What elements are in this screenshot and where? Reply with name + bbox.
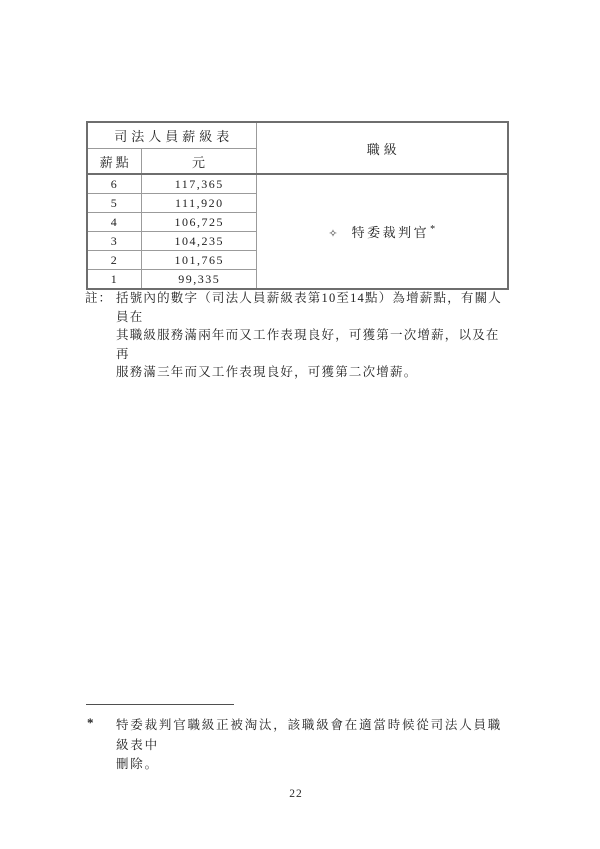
salary-cell: 106,725 bbox=[141, 213, 256, 232]
footnote-line: 刪除。 bbox=[116, 755, 511, 775]
column-header-pay-point: 薪點 bbox=[87, 149, 141, 175]
salary-cell: 99,335 bbox=[141, 270, 256, 290]
salary-cell: 101,765 bbox=[141, 251, 256, 270]
note-line: 服務滿三年而又工作表現良好，可獲第二次增薪。 bbox=[116, 363, 511, 382]
salary-cell: 111,920 bbox=[141, 194, 256, 213]
note-line: 其職級服務滿兩年而又工作表現良好，可獲第一次增薪，以及在再 bbox=[116, 326, 511, 363]
footnote-text: 特委裁判官職級正被淘汰，該職級會在適當時候從司法人員職級表中 刪除。 bbox=[116, 716, 511, 775]
salary-cell: 104,235 bbox=[141, 232, 256, 251]
pay-point-cell: 4 bbox=[87, 213, 141, 232]
pay-point-cell: 3 bbox=[87, 232, 141, 251]
table-title-row: 司法人員薪級表 職級 bbox=[87, 122, 508, 149]
note-label: 註： bbox=[85, 289, 112, 308]
pay-point-cell: 5 bbox=[87, 194, 141, 213]
rank-label: 特委裁判官 bbox=[352, 225, 430, 240]
footnote-line: 特委裁判官職級正被淘汰，該職級會在適當時候從司法人員職級表中 bbox=[116, 716, 511, 755]
note-block: 註： 括號內的數字（司法人員薪級表第10至14點）為增薪點，有關人員在 其職級服… bbox=[85, 289, 511, 382]
footnote-asterisk-icon: * bbox=[87, 713, 94, 733]
salary-cell: 117,365 bbox=[141, 174, 256, 194]
rank-footnote-marker-icon: * bbox=[430, 224, 435, 235]
column-header-dollars: 元 bbox=[141, 149, 256, 175]
document-page: 司法人員薪級表 職級 薪點 元 6 117,365 ✧特委裁判官* 5 111,… bbox=[0, 0, 600, 849]
footnote-separator bbox=[86, 704, 234, 705]
page-number: 22 bbox=[0, 788, 592, 800]
salary-scale-table: 司法人員薪級表 職級 薪點 元 6 117,365 ✧特委裁判官* 5 111,… bbox=[86, 121, 509, 290]
table-row: 6 117,365 ✧特委裁判官* bbox=[87, 174, 508, 194]
note-line: 括號內的數字（司法人員薪級表第10至14點）為增薪點，有關人員在 bbox=[116, 289, 511, 326]
pay-point-cell: 2 bbox=[87, 251, 141, 270]
table-title: 司法人員薪級表 bbox=[87, 122, 256, 149]
diamond-bullet-icon: ✧ bbox=[328, 227, 337, 240]
pay-point-cell: 1 bbox=[87, 270, 141, 290]
rank-cell: ✧特委裁判官* bbox=[256, 174, 508, 289]
note-text: 括號內的數字（司法人員薪級表第10至14點）為增薪點，有關人員在 其職級服務滿兩… bbox=[116, 289, 511, 382]
footnote-block: * 特委裁判官職級正被淘汰，該職級會在適當時候從司法人員職級表中 刪除。 bbox=[85, 716, 511, 775]
column-header-rank: 職級 bbox=[256, 122, 508, 174]
pay-point-cell: 6 bbox=[87, 174, 141, 194]
